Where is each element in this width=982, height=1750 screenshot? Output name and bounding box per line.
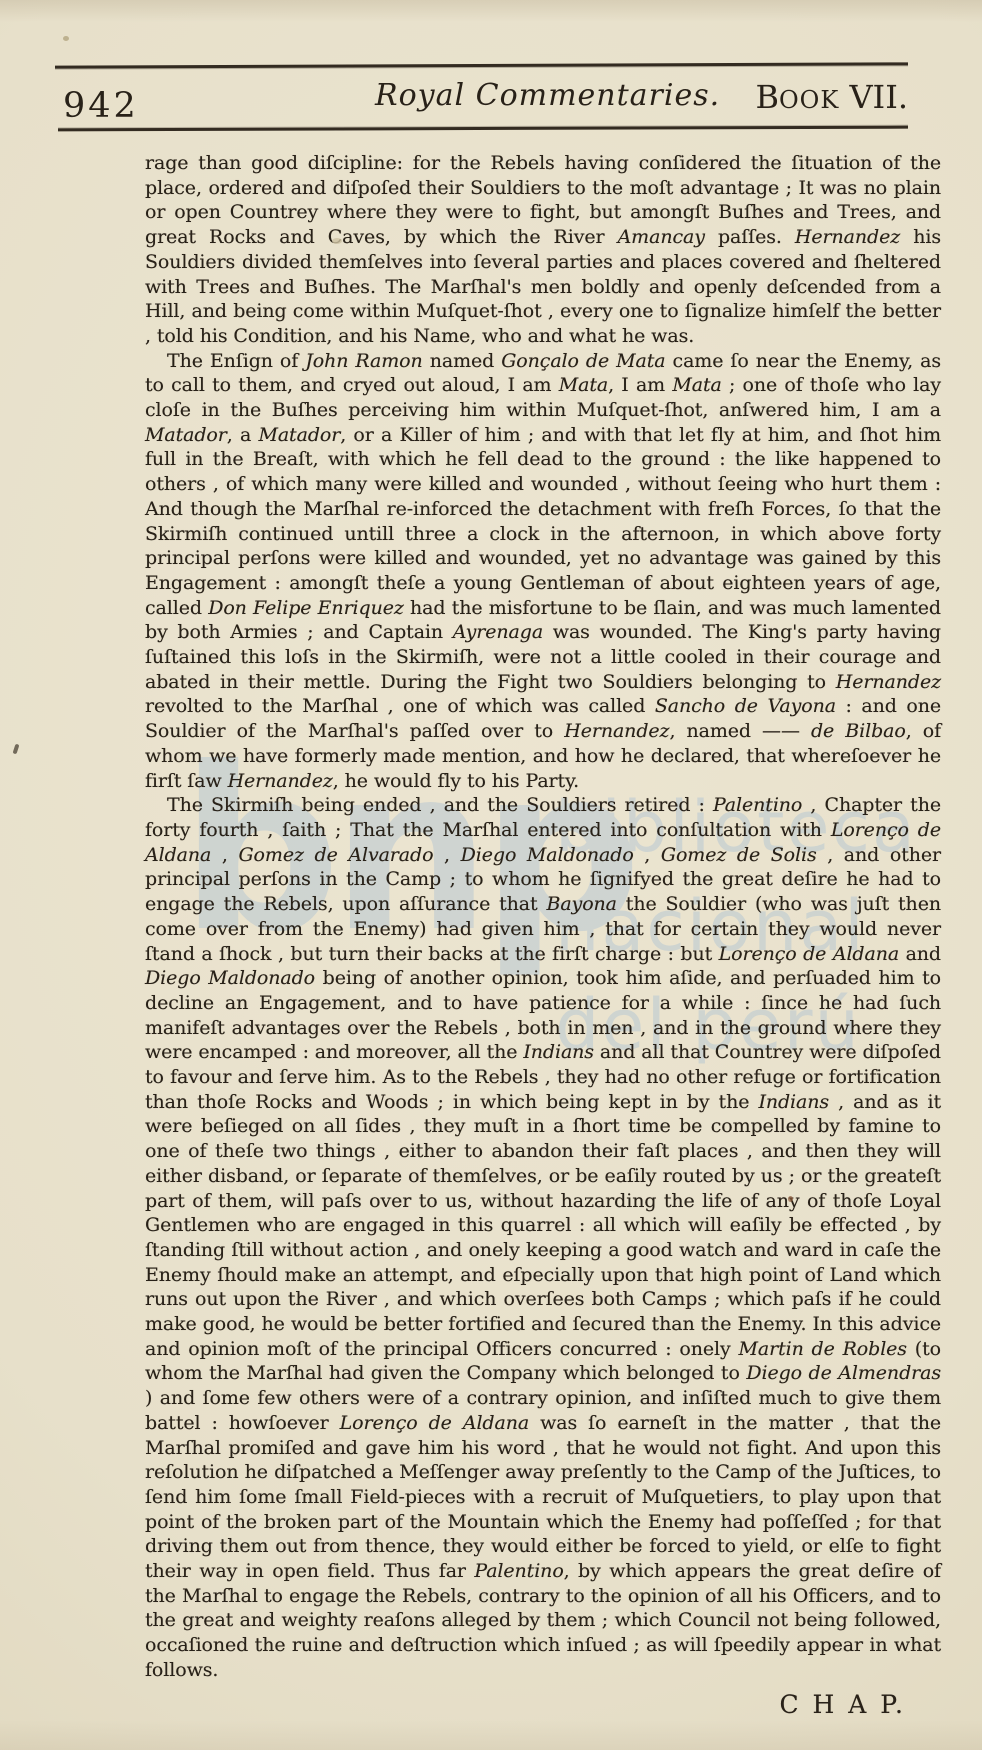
page-body: rage than good diſcipline: for the Rebel… <box>145 151 941 1683</box>
body-paragraph-1: rage than good diſcipline: for the Rebel… <box>145 151 941 349</box>
page-number: 942 <box>63 86 139 126</box>
book-number: VII. <box>839 78 908 116</box>
paper-speck <box>63 36 69 41</box>
chapter-catchword: C H A P. <box>779 1690 906 1719</box>
header-rule-bottom <box>58 126 908 132</box>
header-rule-top <box>55 62 908 68</box>
book-label: BOOK VII. <box>755 78 908 116</box>
book-page: bnp biblioteca nacional del perú 942 Roy… <box>0 0 982 1750</box>
running-title: Royal Commentaries. <box>375 78 720 113</box>
body-paragraph-3: The Skirmiſh being ended , and the Sould… <box>145 793 941 1682</box>
book-word-rest: OOK <box>779 86 839 114</box>
page-header: 942 Royal Commentaries. BOOK VII. <box>55 70 908 126</box>
paper-speck <box>13 744 20 755</box>
book-word-initial: B <box>755 78 779 116</box>
body-paragraph-2: The Enſign of John Ramon named Gonçalo d… <box>145 349 941 794</box>
